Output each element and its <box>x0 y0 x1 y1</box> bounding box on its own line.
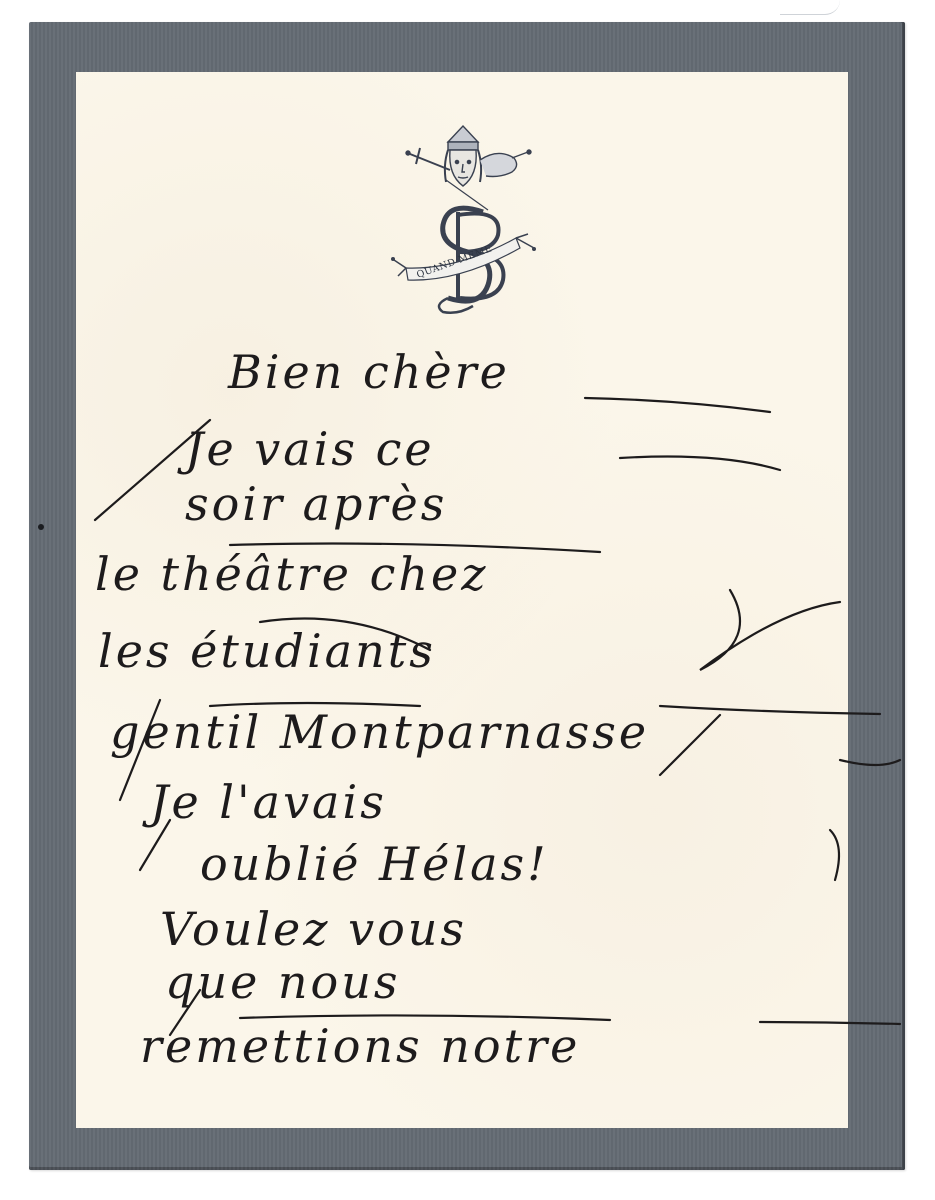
motto-ribbon: QUAND MEME <box>391 234 536 281</box>
pin-hole <box>38 524 44 530</box>
crowned-mask-with-sword-and-jester-icon <box>406 126 531 210</box>
letterhead-crest: QUAND MEME <box>388 120 538 315</box>
stray-pencil-mark <box>780 0 840 15</box>
